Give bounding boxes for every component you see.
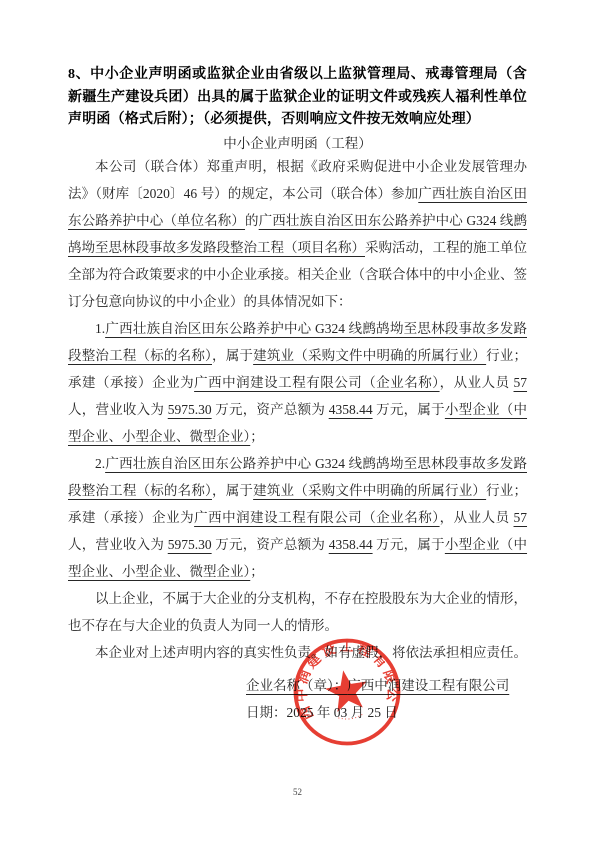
signature-block: 企业名称（章）：广西中润建设工程有限公司 日期：2025 年 03 月 25 日 [68, 672, 527, 726]
company-name-line: 企业名称（章）：广西中润建设工程有限公司 [246, 672, 527, 699]
body-text: 万元，资产总额为 [212, 402, 329, 417]
body-text: ，从业人员 [440, 510, 514, 525]
document-page: 8、中小企业声明函或监狱企业由省级以上监狱管理局、戒毒管理局（含新疆生产建设兵团… [0, 0, 595, 841]
paragraph: 本企业对上述声明内容的真实性负责。如有虚假，将依法承担相应责任。 [68, 639, 527, 666]
body-text: 本企业对上述声明内容的真实性负责。如有虚假，将依法承担相应责任。 [95, 645, 527, 660]
paragraph: 以上企业，不属于大企业的分支机构，不存在控股股东为大企业的情形，也不存在与大企业… [68, 585, 527, 639]
underlined-text: 广西中润建设工程有限公司（企业名称） [194, 510, 439, 525]
body-text: ； [250, 429, 264, 444]
underlined-text: 4358.44 [329, 537, 373, 552]
body-text: 以上企业，不属于大企业的分支机构，不存在控股股东为大企业的情形，也不存在与大企业… [68, 591, 527, 633]
underlined-text: 5975.30 [168, 537, 212, 552]
body-text: 人，营业收入为 [68, 402, 168, 417]
underlined-text: 5975.30 [168, 402, 212, 417]
paragraph: 1.广西壮族自治区田东公路养护中心 G324 线鹧鸪坳至思林段事故多发路段整治工… [68, 315, 527, 450]
document-body: 本公司（联合体）郑重声明，根据《政府采购促进中小企业发展管理办法》（财库〔202… [68, 153, 527, 666]
underlined-text: 建筑业（采购文件中明确的所属行业） [253, 483, 486, 498]
date-value: 2025 年 03 月 25 日 [287, 705, 398, 720]
paragraph: 本公司（联合体）郑重声明，根据《政府采购促进中小企业发展管理办法》（财库〔202… [68, 153, 527, 315]
underlined-text: 57 [514, 375, 528, 390]
company-name-label: 企业名称（章）： [246, 678, 347, 693]
section-heading: 8、中小企业声明函或监狱企业由省级以上监狱管理局、戒毒管理局（含新疆生产建设兵团… [68, 64, 527, 132]
underlined-text: 广西中润建设工程有限公司（企业名称） [194, 375, 439, 390]
paragraph: 2.广西壮族自治区田东公路养护中心 G324 线鹧鸪坳至思林段事故多发路段整治工… [68, 450, 527, 585]
underlined-text: 4358.44 [329, 402, 373, 417]
page-number: 52 [0, 787, 595, 797]
underlined-text: 建筑业（采购文件中明确的所属行业） [253, 348, 486, 363]
body-text: 万元，属于 [373, 537, 445, 552]
date-label: 日期： [246, 705, 287, 720]
body-text: 的 [245, 213, 259, 228]
body-text: 万元，资产总额为 [212, 537, 329, 552]
body-text: ，属于 [212, 483, 253, 498]
body-text: ，属于 [212, 348, 253, 363]
document-title: 中小企业声明函（工程） [68, 134, 527, 153]
date-line: 日期：2025 年 03 月 25 日 [246, 699, 527, 726]
body-text: 1. [95, 321, 105, 336]
body-text: ，从业人员 [440, 375, 514, 390]
body-text: 万元，属于 [373, 402, 445, 417]
body-text: ； [250, 564, 264, 579]
body-text: 人，营业收入为 [68, 537, 168, 552]
body-text: 2. [95, 456, 105, 471]
underlined-text: 57 [514, 510, 528, 525]
company-name-value: 广西中润建设工程有限公司 [347, 678, 509, 693]
